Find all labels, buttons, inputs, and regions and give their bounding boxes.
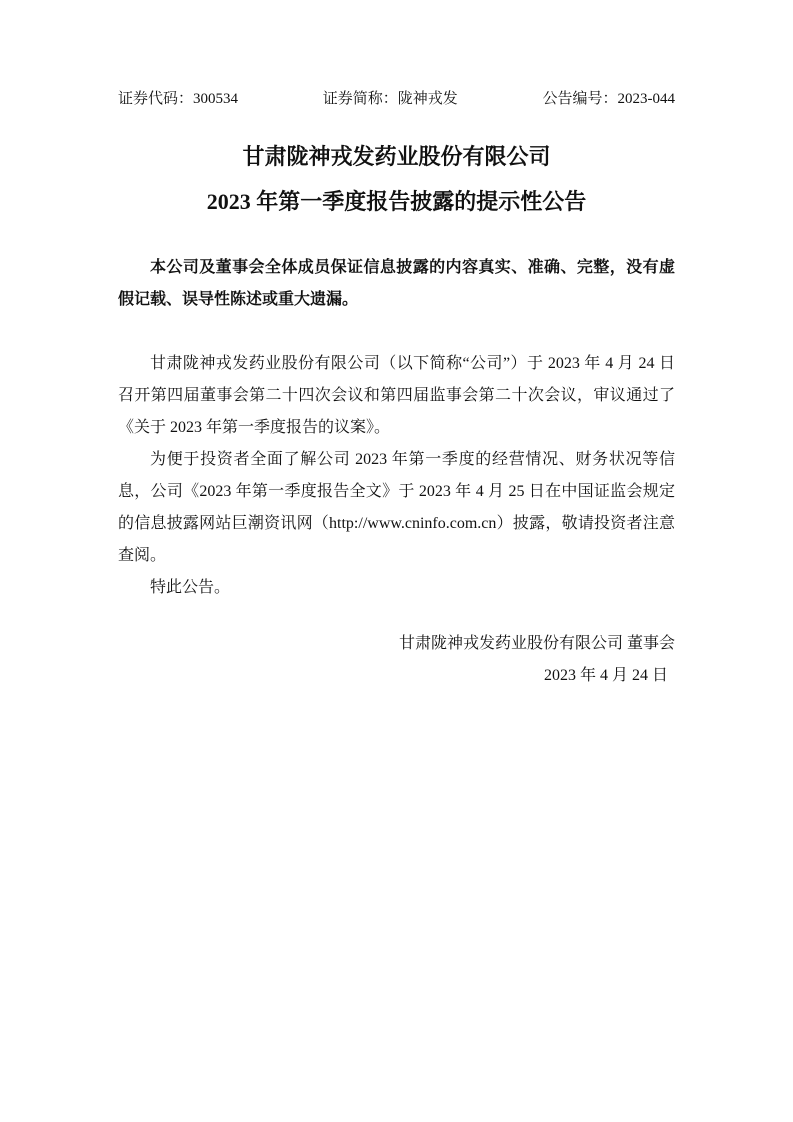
date-line: 2023 年 4 月 24 日 — [118, 660, 675, 692]
closing-statement: 特此公告。 — [118, 572, 675, 604]
company-title: 甘肃陇神戎发药业股份有限公司 — [118, 142, 675, 172]
disclaimer-statement: 本公司及董事会全体成员保证信息披露的内容真实、准确、完整，没有虚假记载、误导性陈… — [118, 252, 675, 316]
document-header: 证券代码：300534 证券简称：陇神戎发 公告编号：2023-044 — [118, 88, 675, 110]
document-page: 证券代码：300534 证券简称：陇神戎发 公告编号：2023-044 甘肃陇神… — [0, 0, 793, 1122]
signature-line: 甘肃陇神戎发药业股份有限公司 董事会 — [118, 628, 675, 660]
stock-name: 证券简称：陇神戎发 — [323, 88, 458, 110]
stock-code: 证券代码：300534 — [118, 88, 238, 110]
paragraph-disclosure: 为便于投资者全面了解公司 2023 年第一季度的经营情况、财务状况等信息，公司《… — [118, 444, 675, 572]
announcement-number: 公告编号：2023-044 — [543, 88, 676, 110]
announcement-title: 2023 年第一季度报告披露的提示性公告 — [118, 187, 675, 217]
document-content: 证券代码：300534 证券简称：陇神戎发 公告编号：2023-044 甘肃陇神… — [118, 88, 675, 692]
paragraph-meeting: 甘肃陇神戎发药业股份有限公司（以下简称“公司”）于 2023 年 4 月 24 … — [118, 348, 675, 444]
